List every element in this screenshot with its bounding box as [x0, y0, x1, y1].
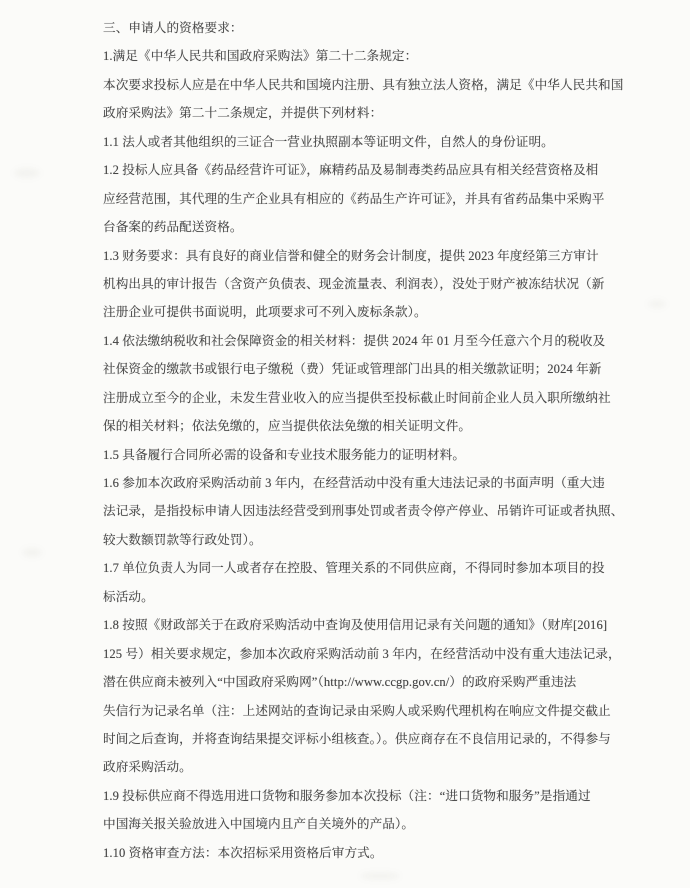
text-line: 社保资金的缴款书或银行电子缴税（费）凭证或管理部门出具的相关缴款证明；2024 …	[103, 355, 643, 383]
text-line: 1.1 法人或者其他组织的三证合一营业执照副本等证明文件，自然人的身份证明。	[103, 128, 643, 156]
scan-artifact	[22, 548, 42, 557]
text-line: 本次要求投标人应是在中华人民共和国境内注册、具有独立法人资格，满足《中华人民共和…	[103, 71, 643, 99]
text-line: 注册企业可提供书面说明，此项要求可不列入废标条款）。	[103, 298, 643, 326]
text-line: 125 号）相关要求规定，参加本次政府采购活动前 3 年内，在经营活动中没有重大…	[103, 640, 643, 668]
text-line: 应经营范围，其代理的生产企业具有相应的《药品生产许可证》，并具有省药品集中采购平	[103, 185, 643, 213]
text-line: 台备案的药品配送资格。	[103, 213, 643, 241]
text-line: 1.2 投标人应具备《药品经营许可证》，麻精药品及易制毒类药品应具有相关经营资格…	[103, 156, 643, 184]
scan-artifact	[14, 168, 40, 178]
text-line: 失信行为记录名单（注：上述网站的查询记录由采购人或采购代理机构在响应文件提交截止	[103, 697, 643, 725]
text-line: 1.7 单位负责人为同一人或者存在控股、管理关系的不同供应商，不得同时参加本项目…	[103, 554, 643, 582]
section-heading: 三、申请人的资格要求：	[103, 14, 643, 42]
scan-artifact	[648, 300, 666, 308]
text-line: 政府采购法》第二十二条规定，并提供下列材料：	[103, 99, 643, 127]
text-line: 1.10 资格审查方法：本次招标采用资格后审方式。	[103, 839, 643, 867]
text-line: 较大数额罚款等行政处罚）。	[103, 526, 643, 554]
text-line: 政府采购活动。	[103, 753, 643, 781]
text-line: 潜在供应商未被列入“中国政府采购网”（http://www.ccgp.gov.c…	[103, 668, 643, 696]
text-line: 1.9 投标供应商不得选用进口货物和服务参加本次投标（注：“进口货物和服务”是指…	[103, 782, 643, 810]
text-line: 1.6 参加本次政府采购活动前 3 年内，在经营活动中没有重大违法记录的书面声明…	[103, 469, 643, 497]
text-line: 标活动。	[103, 583, 643, 611]
text-line: 中国海关报关验放进入中国境内且产自关境外的产品）。	[103, 810, 643, 838]
text-line: 1.5 具备履行合同所必需的设备和专业技术服务能力的证明材料。	[103, 441, 643, 469]
text-line: 1.3 财务要求：具有良好的商业信誉和健全的财务会计制度，提供 2023 年度经…	[103, 242, 643, 270]
text-line: 1.满足《中华人民共和国政府采购法》第二十二条规定：	[103, 42, 643, 70]
text-line: 1.4 依法缴纳税收和社会保障资金的相关材料：提供 2024 年 01 月至今任…	[103, 327, 643, 355]
scan-artifact	[360, 872, 400, 880]
document-body: 三、申请人的资格要求：1.满足《中华人民共和国政府采购法》第二十二条规定：本次要…	[103, 14, 643, 867]
scanned-document-page: 三、申请人的资格要求：1.满足《中华人民共和国政府采购法》第二十二条规定：本次要…	[0, 0, 690, 888]
text-line: 时间之后查询，并将查询结果提交评标小组核查。）。供应商存在不良信用记录的，不得参…	[103, 725, 643, 753]
text-line: 法记录，是指投标申请人因违法经营受到刑事处罚或者责令停产停业、吊销许可证或者执照…	[103, 497, 643, 525]
text-line: 机构出具的审计报告（含资产负债表、现金流量表、利润表），没处于财产被冻结状况（新	[103, 270, 643, 298]
text-line: 1.8 按照《财政部关于在政府采购活动中查询及使用信用记录有关问题的通知》（财库…	[103, 611, 643, 639]
text-line: 保的相关材料；依法免缴的，应当提供依法免缴的相关证明文件。	[103, 412, 643, 440]
text-line: 注册成立至今的企业，未发生营业收入的应当提供至投标截止时间前企业人员入职所缴纳社	[103, 384, 643, 412]
